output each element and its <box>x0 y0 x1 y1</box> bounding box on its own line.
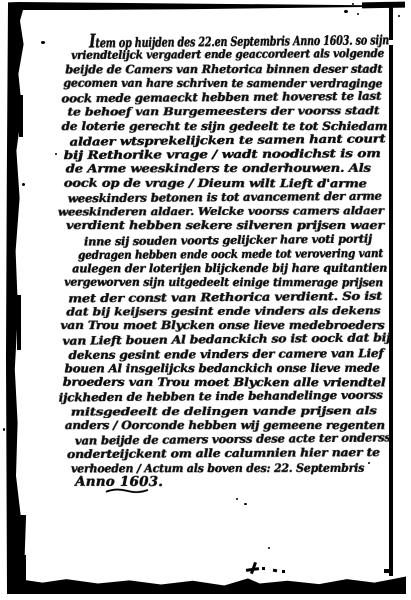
manuscript-line: oock op de vrage / Dieum wilt Lieft d'ar… <box>58 175 390 190</box>
manuscript-line: de Arme weeskinders te onderhouwen. Als <box>58 161 390 176</box>
manuscript-line-text: dekens gesint ende vinders der camere va… <box>68 345 383 361</box>
manuscript-line: vriendtelijck vergadert ende geaccordeer… <box>57 46 389 62</box>
manuscript-line: onderteijckent om alle calumnien hier na… <box>59 445 391 461</box>
manuscript-line: Anno 1603. <box>59 474 391 489</box>
ink-speck <box>3 428 5 431</box>
manuscript-line-text: vergeworven sijn uitgedeelt einige timme… <box>64 275 383 290</box>
manuscript-line: beijde de Camers van Rhetorica binnen de… <box>57 61 389 76</box>
ink-speck <box>244 503 247 505</box>
ink-speck <box>41 41 45 44</box>
manuscript-line: aulegen der loterijen blijckende bij har… <box>58 261 390 276</box>
binding-shadow-blob <box>19 95 23 137</box>
ink-speck <box>236 498 238 500</box>
manuscript-line: mitsgedeelt de delingen vande prijsen al… <box>59 403 391 419</box>
manuscript-line-text: mitsgedeelt de delingen vande prijsen al… <box>71 403 377 419</box>
manuscript-line-text: onderteijckent om alle calumnien hier na… <box>67 445 380 461</box>
ink-speck <box>398 15 400 17</box>
page-edge-hook <box>384 569 393 573</box>
manuscript-line: gedragen hebben ende oock mede tot verov… <box>58 246 390 262</box>
scanned-manuscript-page: Item op huijden des 22.en Septembris Ann… <box>0 0 411 600</box>
manuscript-line-text: weeskinderen aldaer. Welcke voorss camer… <box>58 203 384 219</box>
manuscript-line: vergeworven sijn uitgedeelt einige timme… <box>58 275 390 290</box>
manuscript-line: weeskinderen aldaer. Welcke voorss camer… <box>58 203 390 219</box>
ink-speck <box>22 183 25 186</box>
manuscript-line-text: gedragen hebben ende oock mede tot verov… <box>78 246 383 262</box>
ink-speck <box>344 10 348 13</box>
binding-shadow-blob <box>17 295 21 350</box>
manuscript-line-text: beijde de Camers van Rhetorica binnen de… <box>65 61 382 76</box>
manuscript-line-text: de loterie gerecht te sijn gedeelt te to… <box>61 118 387 132</box>
ink-blotch <box>273 569 277 573</box>
page-edge-shadow-top-right <box>362 2 405 9</box>
ink-speck <box>352 3 354 5</box>
manuscript-line: te behoef van Burgemeesters der voorss s… <box>57 104 389 120</box>
manuscript-line-text: bouen Al insgelijcks bedanckich onse lie… <box>64 360 379 375</box>
manuscript-line-text: vriendtelijck vergadert ende geaccordeer… <box>71 46 384 62</box>
manuscript-line-text: te behoef van Burgemeesters der voorss s… <box>67 104 379 120</box>
manuscript-line-text: de Arme weeskinders te onderhouwen. Als <box>66 161 371 176</box>
ink-speck <box>357 13 359 15</box>
year-underline-flourish <box>105 487 149 495</box>
manuscript-line: de loterie gerecht te sijn gedeelt te to… <box>57 118 389 132</box>
manuscript-text: Item op huijden des 22.en Septembris Ann… <box>57 32 391 489</box>
ink-speck <box>268 547 270 549</box>
ink-blotch <box>262 567 265 570</box>
manuscript-line-text: dat bij keijsers gesint ende vinders als… <box>66 303 380 319</box>
manuscript-line: dekens gesint ende vinders der camere va… <box>58 345 390 361</box>
manuscript-line-text: aulegen der loterijen blijckende bij har… <box>72 261 387 276</box>
manuscript-line: bouen Al insgelijcks bedanckich onse lie… <box>58 360 390 375</box>
ink-blotch <box>282 570 285 573</box>
manuscript-line: dat bij keijsers gesint ende vinders als… <box>58 303 390 319</box>
manuscript-line-text: oock op de vrage / Dieum wilt Lieft d'ar… <box>64 175 367 190</box>
manuscript-line: verdient hebben sekere silveren prijsen … <box>58 218 390 232</box>
manuscript-line-text: verdient hebben sekere silveren prijsen … <box>66 218 384 232</box>
page-edge-shadow-top <box>8 2 364 10</box>
binding-shadow-left <box>6 3 26 594</box>
page-edge-shadow-bottom <box>11 575 406 594</box>
